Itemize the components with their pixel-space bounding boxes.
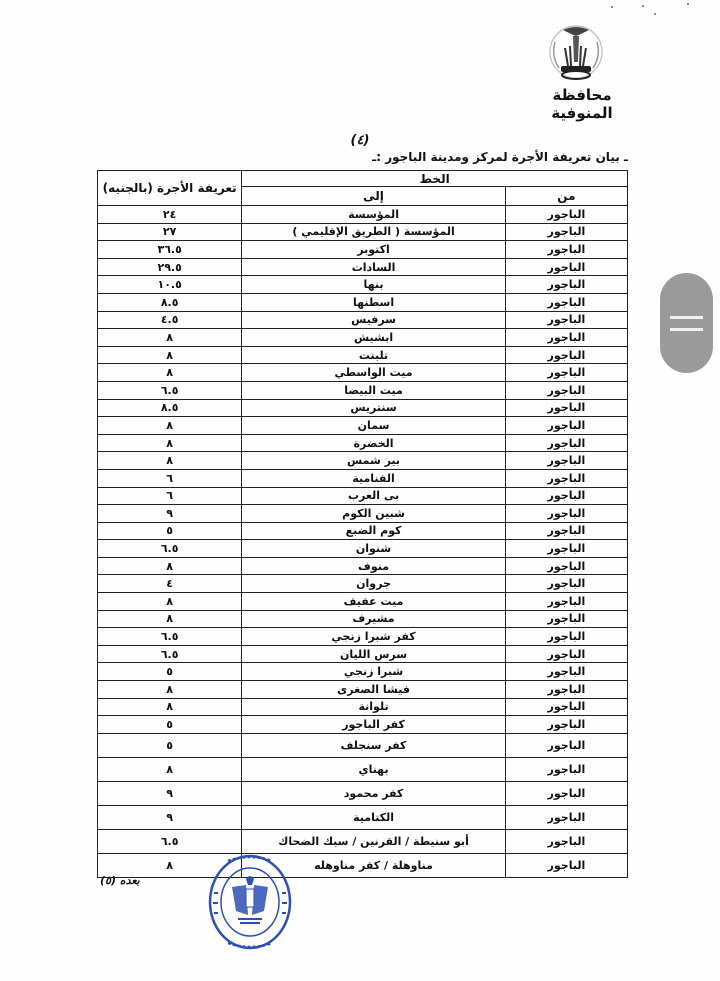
table-row: الباجوربنها١٠.٥ xyxy=(98,276,628,294)
to-cell: اسطنها xyxy=(242,293,505,311)
from-cell: الباجور xyxy=(505,575,627,593)
from-cell: الباجور xyxy=(505,805,627,829)
column-header-from: من xyxy=(505,187,627,206)
to-cell: سرفيس xyxy=(242,311,505,329)
table-row: الباجورالمؤسسة ( الطريق الإقليمي )٢٧ xyxy=(98,223,628,241)
column-header-fare: تعريفة الأجرة (بالجنيه) xyxy=(98,171,242,206)
fare-cell: ٩ xyxy=(98,781,242,805)
fare-cell: ٦ xyxy=(98,469,242,487)
from-cell: الباجور xyxy=(505,293,627,311)
table-row: الباجورالخضرة٨ xyxy=(98,434,628,452)
from-cell: الباجور xyxy=(505,223,627,241)
to-cell: تلبنت xyxy=(242,346,505,364)
from-cell: الباجور xyxy=(505,593,627,611)
fare-cell: ٨ xyxy=(98,593,242,611)
table-row: الباجورالكتامية٩ xyxy=(98,805,628,829)
table-row: الباجوركوم الضبع٥ xyxy=(98,522,628,540)
table-row: الباجورجروان٤ xyxy=(98,575,628,593)
side-menu-handle[interactable] xyxy=(660,273,713,373)
table-row: الباجورالمؤسسة٢٤ xyxy=(98,206,628,224)
to-cell: فيشا الصغرى xyxy=(242,681,505,699)
to-cell: ميت عفيف xyxy=(242,593,505,611)
table-row: الباجورسرفيس٤.٥ xyxy=(98,311,628,329)
fare-cell: ٨ xyxy=(98,346,242,364)
table-row: الباجورأبو سنيطة / القرنين / سبك الضحاك٦… xyxy=(98,829,628,853)
from-cell: الباجور xyxy=(505,522,627,540)
table-row: الباجورميت عفيف٨ xyxy=(98,593,628,611)
menu-handle-icon xyxy=(670,316,703,319)
fare-cell: ٢٩.٥ xyxy=(98,258,242,276)
fare-cell: ٦.٥ xyxy=(98,540,242,558)
fare-cell: ٨ xyxy=(98,364,242,382)
from-cell: الباجور xyxy=(505,733,627,757)
official-eagle-seal-icon xyxy=(208,853,292,951)
table-row: الباجورميت الواسطي٨ xyxy=(98,364,628,382)
to-cell: شبين الكوم xyxy=(242,505,505,523)
table-row: الباجورميت البيضا٦.٥ xyxy=(98,381,628,399)
fare-cell: ٨ xyxy=(98,557,242,575)
fare-cell: ٨ xyxy=(98,452,242,470)
to-cell: كفر محمود xyxy=(242,781,505,805)
to-cell: الخضرة xyxy=(242,434,505,452)
from-cell: الباجور xyxy=(505,681,627,699)
fare-cell: ٨ xyxy=(98,698,242,716)
to-cell: ابشيش xyxy=(242,329,505,347)
table-row: الباجورالسادات٢٩.٥ xyxy=(98,258,628,276)
governorate-name: محافظة المنوفية xyxy=(530,86,634,122)
from-cell: الباجور xyxy=(505,645,627,663)
from-cell: الباجور xyxy=(505,540,627,558)
to-cell: سرس الليان xyxy=(242,645,505,663)
fare-cell: ٥ xyxy=(98,733,242,757)
to-cell: تلوانة xyxy=(242,698,505,716)
fare-cell: ٩ xyxy=(98,505,242,523)
to-cell: المؤسسة xyxy=(242,206,505,224)
to-cell: السادات xyxy=(242,258,505,276)
fare-cell: ٤ xyxy=(98,575,242,593)
from-cell: الباجور xyxy=(505,698,627,716)
to-cell: كفر شبرا زنجي xyxy=(242,628,505,646)
to-cell: ميت البيضا xyxy=(242,381,505,399)
from-cell: الباجور xyxy=(505,505,627,523)
fare-cell: ٤.٥ xyxy=(98,311,242,329)
fare-cell: ٥ xyxy=(98,522,242,540)
from-cell: الباجور xyxy=(505,311,627,329)
from-cell: الباجور xyxy=(505,829,627,853)
from-cell: الباجور xyxy=(505,757,627,781)
to-cell: سنتريس xyxy=(242,399,505,417)
from-cell: الباجور xyxy=(505,417,627,435)
fare-cell: ٦.٥ xyxy=(98,829,242,853)
to-cell: بى العرب xyxy=(242,487,505,505)
table-row: الباجوركفر شبرا زنجي٦.٥ xyxy=(98,628,628,646)
from-cell: الباجور xyxy=(505,241,627,259)
fare-cell: ٩ xyxy=(98,805,242,829)
fare-cell: ٨.٥ xyxy=(98,293,242,311)
table-row: الباجورتلبنت٨ xyxy=(98,346,628,364)
table-row: الباجوركفر الباجور٥ xyxy=(98,716,628,734)
fare-cell: ٨ xyxy=(98,417,242,435)
fare-cell: ٦.٥ xyxy=(98,628,242,646)
fare-cell: ٣٦.٥ xyxy=(98,241,242,259)
document-title: ـ بيان تعريفة الأجرة لمركز ومدينة الباجو… xyxy=(372,150,628,164)
column-header-line: الخط xyxy=(242,171,628,187)
to-cell: الكتامية xyxy=(242,805,505,829)
governorate-emblem-icon xyxy=(543,22,609,84)
from-cell: الباجور xyxy=(505,716,627,734)
table-row: الباجورشبرا زنجي٥ xyxy=(98,663,628,681)
fare-table: الخط تعريفة الأجرة (بالجنيه) من إلى البا… xyxy=(97,170,628,878)
document-page: محافظة المنوفية (٤) ـ بيان تعريفة الأجرة… xyxy=(0,0,720,981)
fare-cell: ٨ xyxy=(98,681,242,699)
menu-handle-icon xyxy=(670,328,703,331)
fare-cell: ١٠.٥ xyxy=(98,276,242,294)
fare-cell: ٨ xyxy=(98,434,242,452)
fare-cell: ٨ xyxy=(98,610,242,628)
from-cell: الباجور xyxy=(505,557,627,575)
table-row: الباجوراسطنها٨.٥ xyxy=(98,293,628,311)
fare-cell: ٥ xyxy=(98,716,242,734)
table-row: الباجورتلوانة٨ xyxy=(98,698,628,716)
to-cell: بير شمس xyxy=(242,452,505,470)
table-row: الباجوركفر سنجلف٥ xyxy=(98,733,628,757)
table-row: الباجورسرس الليان٦.٥ xyxy=(98,645,628,663)
fare-cell: ٢٤ xyxy=(98,206,242,224)
table-row: الباجورابشيش٨ xyxy=(98,329,628,347)
fare-cell: ٦.٥ xyxy=(98,381,242,399)
from-cell: الباجور xyxy=(505,206,627,224)
from-cell: الباجور xyxy=(505,853,627,877)
fare-cell: ٦ xyxy=(98,487,242,505)
table-row: الباجوربير شمس٨ xyxy=(98,452,628,470)
column-header-to: إلى xyxy=(242,187,505,206)
to-cell: كوم الضبع xyxy=(242,522,505,540)
to-cell: شنوان xyxy=(242,540,505,558)
fare-cell: ٨.٥ xyxy=(98,399,242,417)
to-cell: ميت الواسطي xyxy=(242,364,505,382)
to-cell: أبو سنيطة / القرنين / سبك الضحاك xyxy=(242,829,505,853)
from-cell: الباجور xyxy=(505,434,627,452)
to-cell: بنها xyxy=(242,276,505,294)
table-row: الباجورالفنامية٦ xyxy=(98,469,628,487)
table-row: الباجورمنوف٨ xyxy=(98,557,628,575)
to-cell: الفنامية xyxy=(242,469,505,487)
table-row: الباجورشنوان٦.٥ xyxy=(98,540,628,558)
table-row: الباجورسمان٨ xyxy=(98,417,628,435)
from-cell: الباجور xyxy=(505,487,627,505)
from-cell: الباجور xyxy=(505,610,627,628)
fare-cell: ٥ xyxy=(98,663,242,681)
table-row: الباجورفيشا الصغرى٨ xyxy=(98,681,628,699)
table-row: الباجوراكتوبر٣٦.٥ xyxy=(98,241,628,259)
to-cell: كفر الباجور xyxy=(242,716,505,734)
from-cell: الباجور xyxy=(505,329,627,347)
from-cell: الباجور xyxy=(505,364,627,382)
fare-cell: ٨ xyxy=(98,757,242,781)
fare-cell: ٨ xyxy=(98,329,242,347)
from-cell: الباجور xyxy=(505,452,627,470)
from-cell: الباجور xyxy=(505,469,627,487)
from-cell: الباجور xyxy=(505,381,627,399)
table-row: الباجورسنتريس٨.٥ xyxy=(98,399,628,417)
fare-cell: ٢٧ xyxy=(98,223,242,241)
to-cell: اكتوبر xyxy=(242,241,505,259)
to-cell: بهناي xyxy=(242,757,505,781)
table-row: الباجوربى العرب٦ xyxy=(98,487,628,505)
continued-note: بعده (٥) xyxy=(100,874,140,887)
page-number: (٤) xyxy=(340,133,380,148)
from-cell: الباجور xyxy=(505,663,627,681)
from-cell: الباجور xyxy=(505,258,627,276)
to-cell: جروان xyxy=(242,575,505,593)
from-cell: الباجور xyxy=(505,399,627,417)
table-row: الباجورمشيرف٨ xyxy=(98,610,628,628)
table-row: الباجوربهناي٨ xyxy=(98,757,628,781)
table-row: الباجوركفر محمود٩ xyxy=(98,781,628,805)
to-cell: مشيرف xyxy=(242,610,505,628)
fare-cell: ٦.٥ xyxy=(98,645,242,663)
to-cell: سمان xyxy=(242,417,505,435)
table-row: الباجورمناوهلة / كفر مناوهله٨ xyxy=(98,853,628,877)
to-cell: منوف xyxy=(242,557,505,575)
to-cell: كفر سنجلف xyxy=(242,733,505,757)
to-cell: شبرا زنجي xyxy=(242,663,505,681)
from-cell: الباجور xyxy=(505,276,627,294)
from-cell: الباجور xyxy=(505,628,627,646)
from-cell: الباجور xyxy=(505,346,627,364)
to-cell: المؤسسة ( الطريق الإقليمي ) xyxy=(242,223,505,241)
from-cell: الباجور xyxy=(505,781,627,805)
table-row: الباجورشبين الكوم٩ xyxy=(98,505,628,523)
